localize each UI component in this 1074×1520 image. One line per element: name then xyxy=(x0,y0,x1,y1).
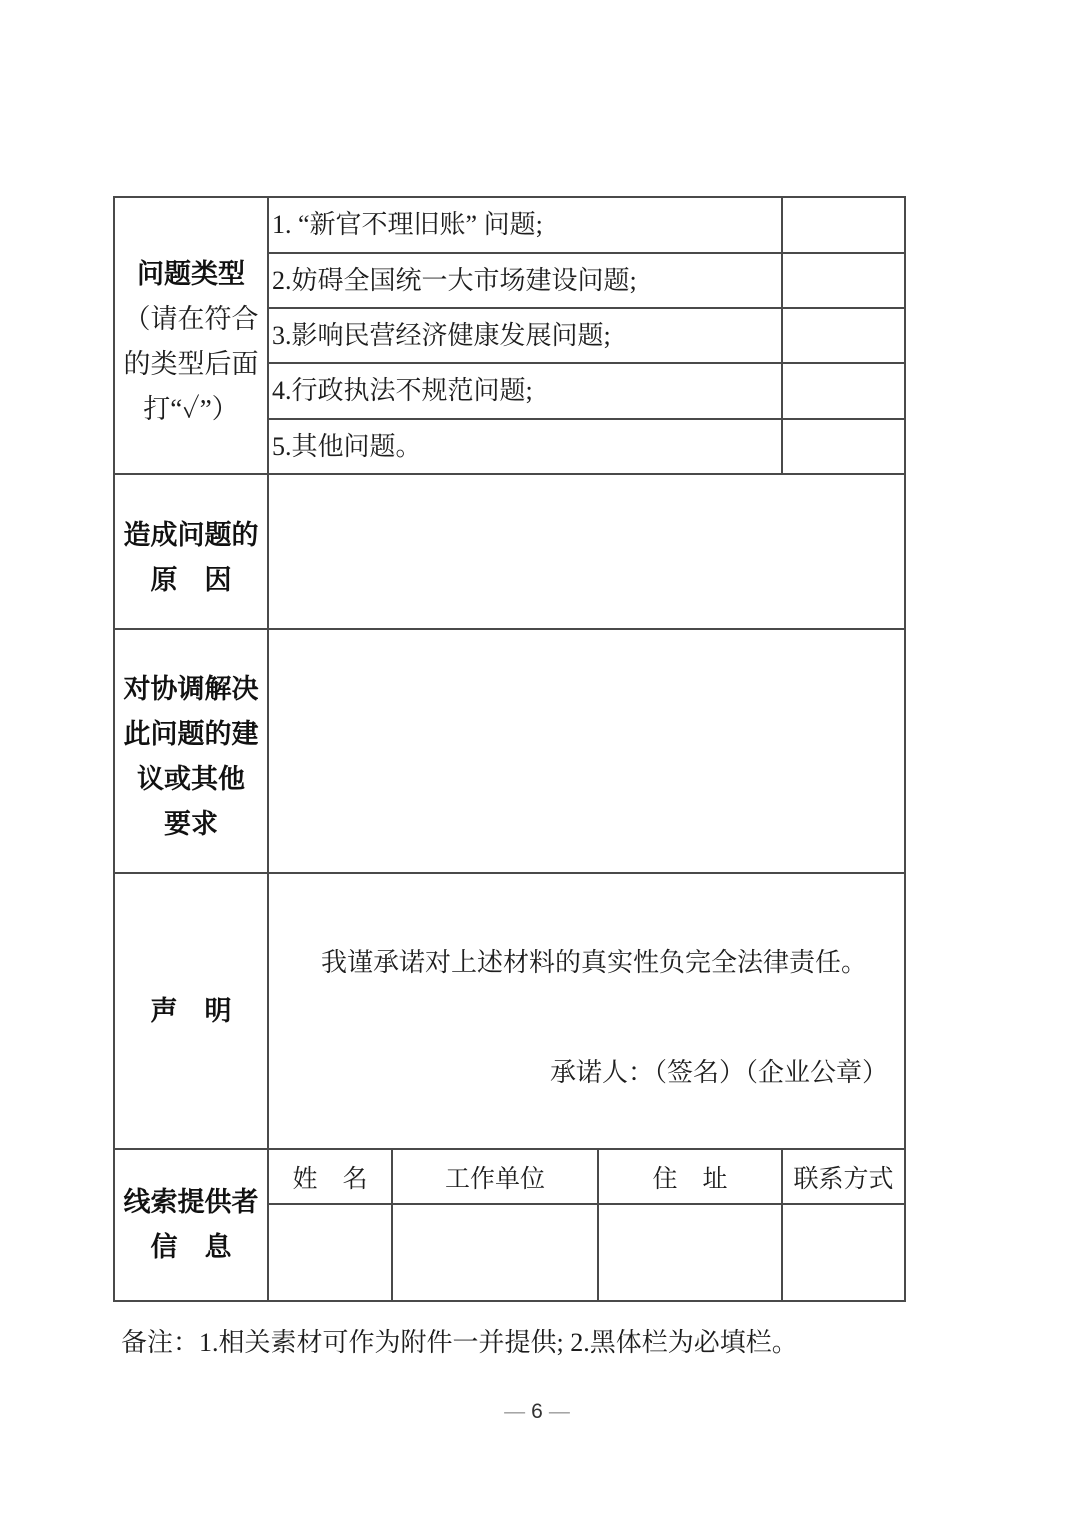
cause-input-cell xyxy=(268,474,905,629)
cause-label-line-1: 造成问题的 xyxy=(115,513,267,558)
suggestion-label-line-2: 此问题的建 xyxy=(115,712,267,757)
suggestion-label-line-1: 对协调解决 xyxy=(115,667,267,712)
footer-dash-left: — xyxy=(498,1400,531,1423)
problem-item-1: 1. “新官不理旧账” 问题; xyxy=(268,197,782,253)
declaration-signer-text: 承诺人：（签名）（企业公章） xyxy=(269,1056,904,1090)
provider-label-line-1: 线索提供者 xyxy=(115,1180,267,1225)
provider-label-cell: 线索提供者 信 息 xyxy=(114,1149,268,1301)
declaration-label-cell: 声 明 xyxy=(114,873,268,1149)
problem-type-note-line-3: 打“✓”） xyxy=(115,387,267,432)
problem-type-note-line-1: （请在符合 xyxy=(115,297,267,342)
provider-label-line-2: 信 息 xyxy=(115,1225,267,1270)
declaration-content-cell: 我谨承诺对上述材料的真实性负完全法律责任。 承诺人：（签名）（企业公章） xyxy=(268,873,905,1149)
suggestion-label-cell: 对协调解决 此问题的建 议或其他 要求 xyxy=(114,629,268,873)
provider-column-name: 姓 名 xyxy=(268,1149,392,1204)
check-cell-1 xyxy=(782,197,905,253)
provider-header-row: 线索提供者 信 息 姓 名 工作单位 住 址 联系方式 xyxy=(114,1149,905,1204)
problem-item-2: 2.妨碍全国统一大市场建设问题; xyxy=(268,253,782,308)
provider-workunit-input-cell xyxy=(392,1204,598,1301)
provider-contact-input-cell xyxy=(782,1204,905,1301)
suggestion-row: 对协调解决 此问题的建 议或其他 要求 xyxy=(114,629,905,873)
problem-item-4: 4.行政执法不规范问题; xyxy=(268,363,782,419)
clue-report-form-table: 问题类型 （请在符合 的类型后面 打“✓”） 1. “新官不理旧账” 问题; 2… xyxy=(113,196,906,1302)
page-footer: —6— xyxy=(0,1400,1074,1424)
declaration-row: 声 明 我谨承诺对上述材料的真实性负完全法律责任。 承诺人：（签名）（企业公章） xyxy=(114,873,905,1149)
check-cell-4 xyxy=(782,363,905,419)
problem-type-note-line-2: 的类型后面 xyxy=(115,342,267,387)
suggestion-label-line-3: 议或其他 xyxy=(115,757,267,802)
remark-note: 备注：1.相关素材可作为附件一并提供; 2.黑体栏为必填栏。 xyxy=(113,1326,904,1360)
declaration-label: 声 明 xyxy=(115,989,267,1034)
provider-column-address: 住 址 xyxy=(598,1149,782,1204)
footer-dash-right: — xyxy=(543,1400,576,1423)
suggestion-input-cell xyxy=(268,629,905,873)
provider-name-input-cell xyxy=(268,1204,392,1301)
problem-item-5: 5.其他问题。 xyxy=(268,419,782,474)
declaration-commitment-text: 我谨承诺对上述材料的真实性负完全法律责任。 xyxy=(269,946,904,980)
form-content: 问题类型 （请在符合 的类型后面 打“✓”） 1. “新官不理旧账” 问题; 2… xyxy=(113,196,904,1360)
cause-label-cell: 造成问题的 原 因 xyxy=(114,474,268,629)
problem-type-title: 问题类型 xyxy=(115,252,267,297)
suggestion-label-line-4: 要求 xyxy=(115,802,267,847)
problem-type-label-cell: 问题类型 （请在符合 的类型后面 打“✓”） xyxy=(114,197,268,474)
problem-type-row-1: 问题类型 （请在符合 的类型后面 打“✓”） 1. “新官不理旧账” 问题; xyxy=(114,197,905,253)
check-cell-2 xyxy=(782,253,905,308)
provider-column-contact: 联系方式 xyxy=(782,1149,905,1204)
cause-label-line-2: 原 因 xyxy=(115,558,267,603)
check-cell-3 xyxy=(782,308,905,363)
provider-column-workunit: 工作单位 xyxy=(392,1149,598,1204)
problem-item-3: 3.影响民营经济健康发展问题; xyxy=(268,308,782,363)
document-page: 问题类型 （请在符合 的类型后面 打“✓”） 1. “新官不理旧账” 问题; 2… xyxy=(0,0,1074,1520)
page-number: 6 xyxy=(531,1400,543,1423)
cause-row: 造成问题的 原 因 xyxy=(114,474,905,629)
check-cell-5 xyxy=(782,419,905,474)
provider-address-input-cell xyxy=(598,1204,782,1301)
